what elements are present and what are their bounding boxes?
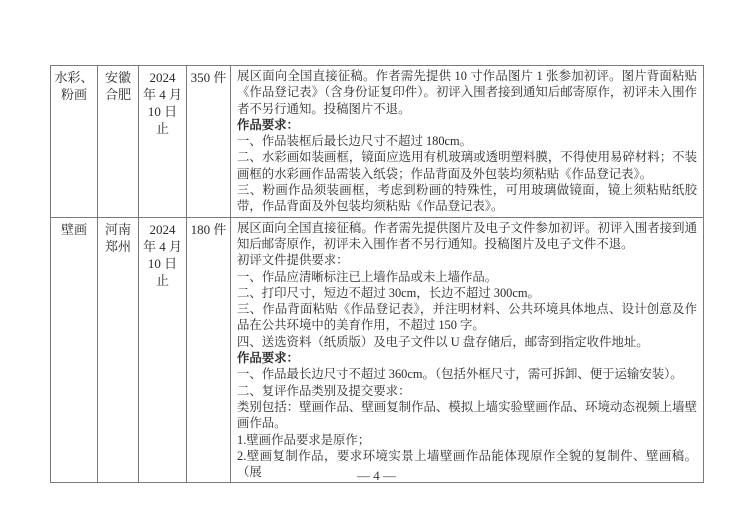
category-text: 粉画 bbox=[52, 86, 96, 103]
category-cell: 水彩、 粉画 bbox=[51, 66, 98, 218]
details-paragraph: 二、复评作品类别及提交要求： bbox=[237, 383, 697, 399]
category-text: 壁画 bbox=[52, 221, 96, 238]
details-paragraph: 类别包括：壁画作品、壁画复制作品、模拟上墙实验壁画作品、环境动态视频上墙壁画作品… bbox=[237, 399, 697, 432]
details-paragraph: 四、送选资料（纸质版）及电子文件以 U 盘存储后，邮寄到指定收件地址。 bbox=[237, 334, 697, 350]
deadline-text: 2024 bbox=[140, 69, 185, 86]
quantity-cell: 180 件 bbox=[187, 217, 231, 483]
details-cell: 展区面向全国直接征稿。作者需先提供图片及电子文件参加初评。初评入围者接到通知后邮… bbox=[231, 217, 704, 483]
details-heading: 作品要求： bbox=[237, 117, 697, 133]
deadline-text: 止 bbox=[140, 120, 185, 137]
location-text: 郑州 bbox=[99, 238, 137, 255]
quantity-text: 180 件 bbox=[188, 221, 229, 238]
deadline-cell: 2024 年 4 月 10 日 止 bbox=[139, 217, 187, 483]
location-text: 合肥 bbox=[99, 86, 137, 103]
location-text: 安徽 bbox=[99, 69, 137, 86]
exhibition-submission-table: 水彩、 粉画 安徽 合肥 2024 年 4 月 10 日 止 350 件 展区面… bbox=[50, 65, 704, 483]
location-text: 河南 bbox=[99, 221, 137, 238]
deadline-text: 止 bbox=[140, 272, 185, 289]
table-row: 壁画 河南 郑州 2024 年 4 月 10 日 止 180 件 展区面向全国直… bbox=[51, 217, 704, 483]
details-paragraph: 1.壁画作品要求是原作； bbox=[237, 432, 697, 448]
deadline-text: 2024 bbox=[140, 221, 185, 238]
quantity-cell: 350 件 bbox=[187, 66, 231, 218]
deadline-text: 年 4 月 bbox=[140, 238, 185, 255]
details-paragraph: 一、作品应清晰标注已上墙作品或未上墙作品。 bbox=[237, 269, 697, 285]
deadline-text: 10 日 bbox=[140, 103, 185, 120]
page-number: — 4 — bbox=[50, 468, 703, 484]
location-cell: 河南 郑州 bbox=[98, 217, 139, 483]
details-paragraph: 三、作品背面粘贴《作品登记表》，并注明材料、公共环境具体地点、设计创意及作品在公… bbox=[237, 301, 697, 334]
details-paragraph: 展区面向全国直接征稿。作者需先提供图片及电子文件参加初评。初评入围者接到通知后邮… bbox=[237, 220, 697, 253]
details-cell: 展区面向全国直接征稿。作者需先提供 10 寸作品图片 1 张参加初评。图片背面粘… bbox=[231, 66, 704, 218]
category-text: 水彩、 bbox=[52, 69, 96, 86]
details-paragraph: 展区面向全国直接征稿。作者需先提供 10 寸作品图片 1 张参加初评。图片背面粘… bbox=[237, 68, 697, 117]
details-paragraph: 三、粉画作品须装画框，考虑到粉画的特殊性，可用玻璃做镜面，镜上须粘贴纸胶带，作品… bbox=[237, 182, 697, 215]
details-paragraph: 初评文件提供要求： bbox=[237, 252, 697, 268]
category-cell: 壁画 bbox=[51, 217, 98, 483]
table-row: 水彩、 粉画 安徽 合肥 2024 年 4 月 10 日 止 350 件 展区面… bbox=[51, 66, 704, 218]
deadline-text: 年 4 月 bbox=[140, 86, 185, 103]
details-paragraph: 二、打印尺寸，短边不超过 30cm，长边不超过 300cm。 bbox=[237, 285, 697, 301]
details-paragraph: 一、作品最长边尺寸不超过 360cm。（包括外框尺寸，需可拆卸、便于运输安装）。 bbox=[237, 366, 697, 382]
quantity-text: 350 件 bbox=[188, 69, 229, 86]
details-paragraph: 一、作品装框后最长边尺寸不超过 180cm。 bbox=[237, 133, 697, 149]
deadline-cell: 2024 年 4 月 10 日 止 bbox=[139, 66, 187, 218]
details-paragraph: 二、水彩画如装画框，镜面应选用有机玻璃或透明塑料膜，不得使用易碎材料；不装画框的… bbox=[237, 149, 697, 182]
details-heading: 作品要求： bbox=[237, 350, 697, 366]
deadline-text: 10 日 bbox=[140, 255, 185, 272]
location-cell: 安徽 合肥 bbox=[98, 66, 139, 218]
